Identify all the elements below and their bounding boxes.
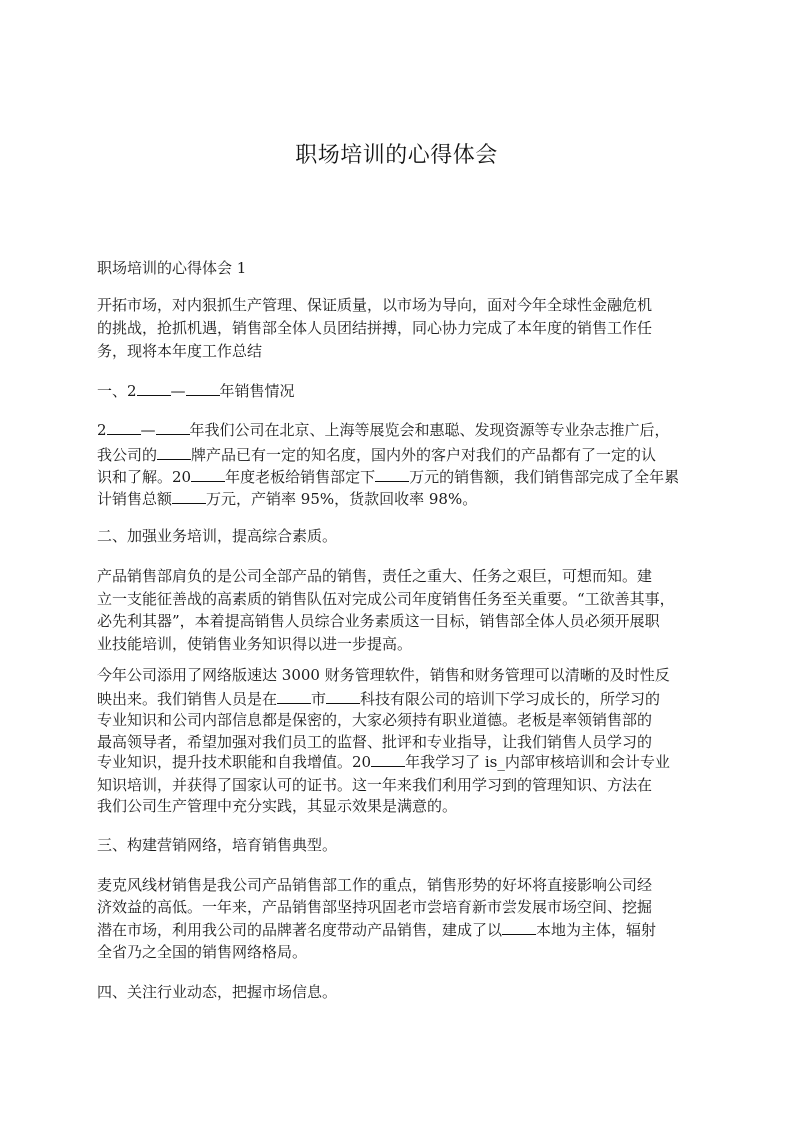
text-segment: 四、关注行业动态，把握市场信息。 <box>97 983 337 1001</box>
text-segment: 二、加强业务培训，提高综合素质。 <box>97 527 337 545</box>
text-segment: — <box>141 421 156 439</box>
text-segment: 专业知识和公司内部信息都是保密的，大家必须持有职业道德。老板是率领销售部的 <box>97 711 652 729</box>
text-segment: 本地为主体，辐射 <box>536 921 656 939</box>
fill-in-blank <box>107 421 141 435</box>
text-segment: 麦克风线材销售是我公司产品销售部工作的重点，销售形势的好坏将直接影响公司经 <box>97 876 652 894</box>
text-line: 我公司的牌产品已有一定的知名度，国内外的客户对我们的产品都有了一定的认 <box>97 446 656 464</box>
fill-in-blank <box>172 490 206 504</box>
text-line: 专业知识和公司内部信息都是保密的，大家必须持有职业道德。老板是率领销售部的 <box>97 711 652 729</box>
fill-in-blank <box>375 468 409 482</box>
text-line: 潜在市场，利用我公司的品牌著名度带动产品销售，建成了以本地为主体，辐射 <box>97 921 656 939</box>
text-line: 立一支能征善战的高素质的销售队伍对完成公司年度销售任务至关重要。“工欲善其事， <box>97 590 675 608</box>
text-line: 一、2—年销售情况 <box>97 382 295 400</box>
text-line: 专业知识，提升技术职能和自我增值。20年我学习了 is_内部审核培训和会计专业 <box>97 753 670 771</box>
text-line: 二、加强业务培训，提高综合素质。 <box>97 527 337 545</box>
text-segment: 万元的销售额，我们销售部完成了全年累 <box>409 468 679 486</box>
text-segment: 年销售情况 <box>220 382 295 400</box>
text-segment: 知识培训，并获得了国家认可的证书。这一年来我们利用学习到的管理知识、方法在 <box>97 776 652 794</box>
text-segment: 牌产品已有一定的知名度，国内外的客户对我们的产品都有了一定的认 <box>191 446 656 464</box>
text-segment: 立一支能征善战的高素质的销售队伍对完成公司年度销售任务至关重要。“工欲善其事， <box>97 590 675 608</box>
text-line: 最高领导者，希望加强对我们员工的监督、批评和专业指导，让我们销售人员学习的 <box>97 733 652 751</box>
text-line: 开拓市场，对内狠抓生产管理、保证质量，以市场为导向，面对今年全球性金融危机 <box>97 296 652 314</box>
text-line: 今年公司添用了网络版速达 3000 财务管理软件，销售和财务管理可以清晰的及时性… <box>97 666 670 684</box>
text-line: 务，现将本年度工作总结 <box>97 342 262 360</box>
fill-in-blank <box>277 690 311 704</box>
fill-in-blank <box>502 921 536 935</box>
text-segment: 识和了解。20 <box>97 468 191 486</box>
text-line: 济效益的高低。一年来，产品销售部坚持巩固老市尝培育新市尝发展市场空间、挖掘 <box>97 898 652 916</box>
text-segment: 2 <box>97 421 107 439</box>
fill-in-blank <box>186 382 220 396</box>
text-line: 识和了解。20年度老板给销售部定下万元的销售额，我们销售部完成了全年累 <box>97 468 679 486</box>
text-line: 业技能培训，使销售业务知识得以进一步提高。 <box>97 635 412 653</box>
text-segment: 的挑战，抢抓机遇，销售部全体人员团结拼搏，同心协力完成了本年度的销售工作任 <box>97 319 652 337</box>
text-segment: 年我学习了 is_内部审核培训和会计专业 <box>405 753 670 771</box>
text-segment: 万元，产销率 95%，货款回收率 98%。 <box>206 490 477 508</box>
document-page: 职场培训的心得体会 职场培训的心得体会 1 开拓市场，对内狠抓生产管理、保证质量… <box>0 0 793 1122</box>
text-line: 的挑战，抢抓机遇，销售部全体人员团结拼搏，同心协力完成了本年度的销售工作任 <box>97 319 652 337</box>
fill-in-blank <box>371 753 405 767</box>
text-segment: 三、构建营销网络，培育销售典型。 <box>97 836 337 854</box>
document-title: 职场培训的心得体会 <box>0 138 793 169</box>
text-segment: 今年公司添用了网络版速达 3000 财务管理软件，销售和财务管理可以清晰的及时性… <box>97 666 670 684</box>
text-segment: 潜在市场，利用我公司的品牌著名度带动产品销售，建成了以 <box>97 921 502 939</box>
text-segment: 全省乃之全国的销售网络格局。 <box>97 943 307 961</box>
section-heading: 职场培训的心得体会 1 <box>97 259 246 277</box>
text-segment: 计销售总额 <box>97 490 172 508</box>
text-segment: — <box>171 382 186 400</box>
text-segment: 专业知识，提升技术职能和自我增值。20 <box>97 753 371 771</box>
text-line: 知识培训，并获得了国家认可的证书。这一年来我们利用学习到的管理知识、方法在 <box>97 776 652 794</box>
text-segment: 最高领导者，希望加强对我们员工的监督、批评和专业指导，让我们销售人员学习的 <box>97 733 652 751</box>
text-line: 麦克风线材销售是我公司产品销售部工作的重点，销售形势的好坏将直接影响公司经 <box>97 876 652 894</box>
text-line: 四、关注行业动态，把握市场信息。 <box>97 983 337 1001</box>
text-line: 我们公司生产管理中充分实践，其显示效果是满意的。 <box>97 797 457 815</box>
text-segment: 务，现将本年度工作总结 <box>97 342 262 360</box>
fill-in-blank <box>191 468 225 482</box>
text-segment: 我公司的 <box>97 446 157 464</box>
fill-in-blank <box>157 446 191 460</box>
fill-in-blank <box>137 382 171 396</box>
text-segment: 必先利其器”，本着提高销售人员综合业务素质这一目标，销售部全体人员必须开展职 <box>97 612 660 630</box>
text-segment: 年度老板给销售部定下 <box>225 468 375 486</box>
text-segment: 一、2 <box>97 382 137 400</box>
text-line: 2—年我们公司在北京、上海等展览会和惠聪、发现资源等专业杂志推广后， <box>97 421 670 439</box>
text-segment: 我们公司生产管理中充分实践，其显示效果是满意的。 <box>97 797 457 815</box>
text-segment: 市 <box>311 690 326 708</box>
text-segment: 业技能培训，使销售业务知识得以进一步提高。 <box>97 635 412 653</box>
text-line: 三、构建营销网络，培育销售典型。 <box>97 836 337 854</box>
text-segment: 年我们公司在北京、上海等展览会和惠聪、发现资源等专业杂志推广后， <box>190 421 670 439</box>
text-segment: 产品销售部肩负的是公司全部产品的销售，责任之重大、任务之艰巨，可想而知。建 <box>97 567 652 585</box>
text-line: 产品销售部肩负的是公司全部产品的销售，责任之重大、任务之艰巨，可想而知。建 <box>97 567 652 585</box>
text-segment: 科技有限公司的培训下学习成长的，所学习的 <box>360 690 660 708</box>
text-segment: 映出来。我们销售人员是在 <box>97 690 277 708</box>
fill-in-blank <box>156 421 190 435</box>
text-line: 全省乃之全国的销售网络格局。 <box>97 943 307 961</box>
text-segment: 济效益的高低。一年来，产品销售部坚持巩固老市尝培育新市尝发展市场空间、挖掘 <box>97 898 652 916</box>
text-line: 必先利其器”，本着提高销售人员综合业务素质这一目标，销售部全体人员必须开展职 <box>97 612 660 630</box>
fill-in-blank <box>326 690 360 704</box>
text-line: 计销售总额万元，产销率 95%，货款回收率 98%。 <box>97 490 477 508</box>
text-line: 映出来。我们销售人员是在市科技有限公司的培训下学习成长的，所学习的 <box>97 690 660 708</box>
text-segment: 开拓市场，对内狠抓生产管理、保证质量，以市场为导向，面对今年全球性金融危机 <box>97 296 652 314</box>
